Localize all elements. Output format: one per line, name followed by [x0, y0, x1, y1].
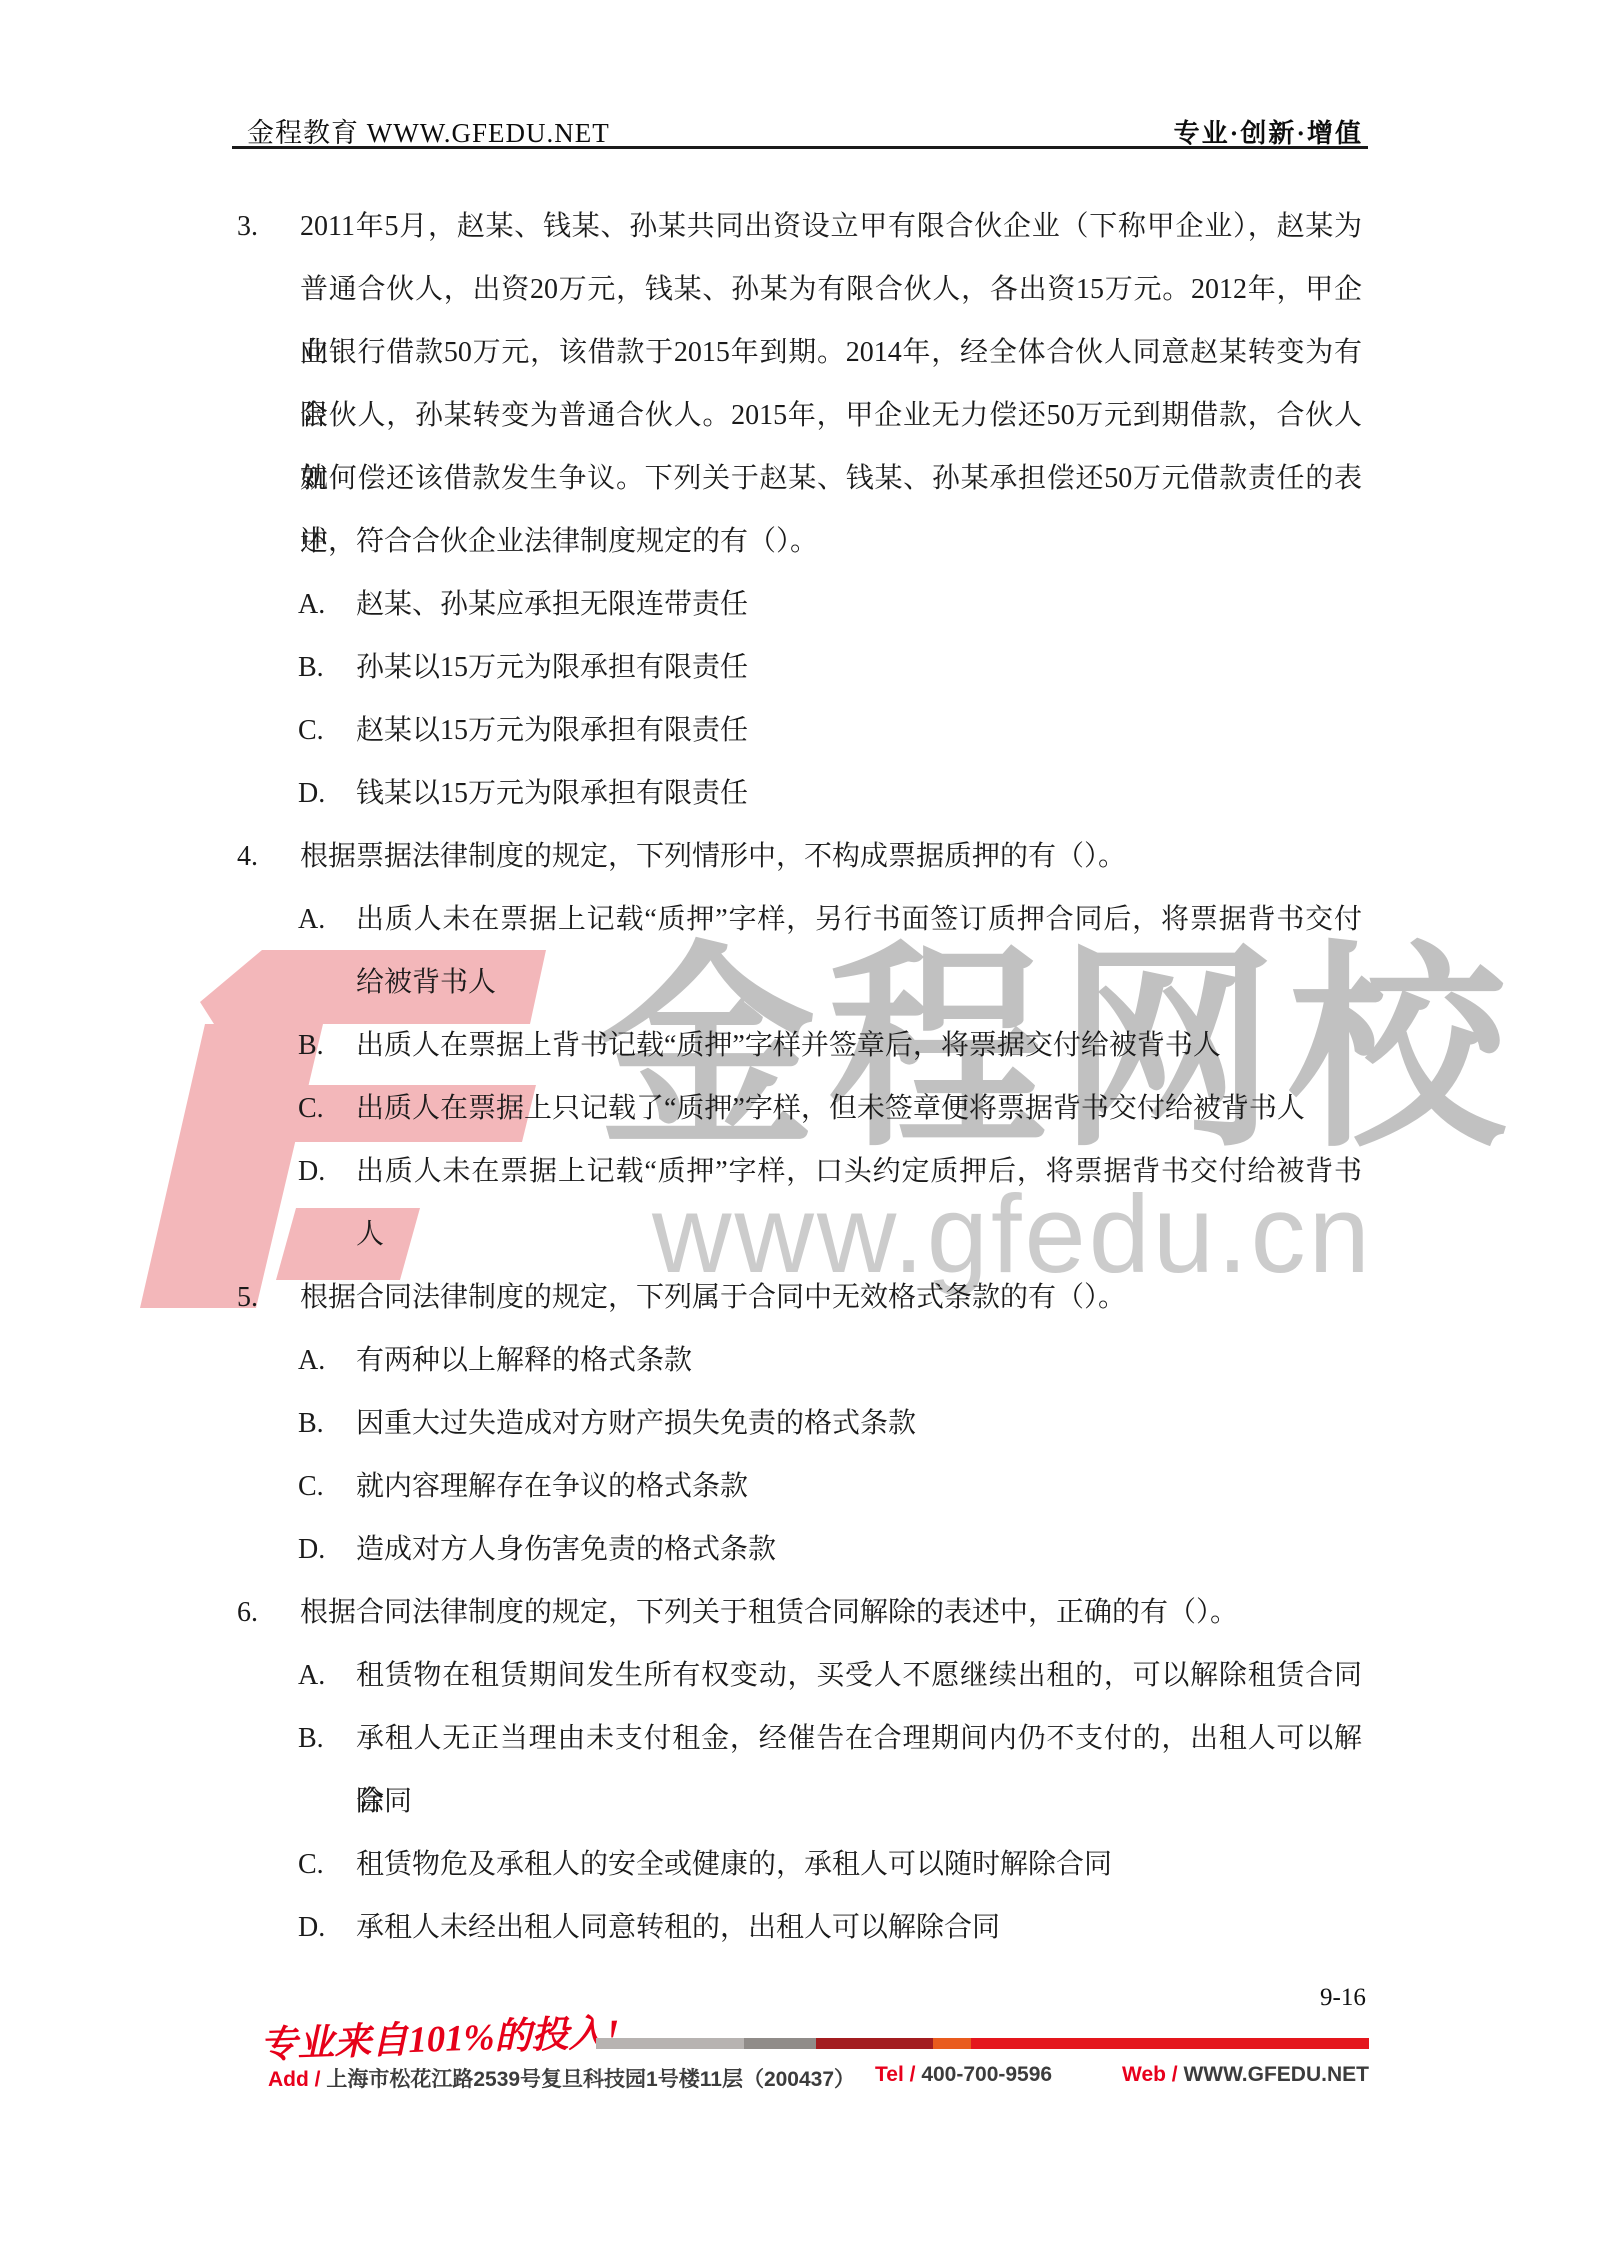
header-rule [232, 146, 1368, 149]
option-letter: A. [298, 1644, 325, 1707]
question-number: 3. [237, 195, 258, 258]
footer-bar-segment [933, 2038, 971, 2049]
tel-label: Tel [875, 2063, 904, 2086]
footer-address: Add / 上海市松花江路2539号复旦科技园1号楼11层（200437） [268, 2063, 855, 2093]
line-text: 孙某以15万元为限承担有限责任 [356, 636, 1362, 699]
option-line: B.承租人无正当理由未支付租金，经催告在合理期间内仍不支付的，出租人可以解除 [0, 1707, 1600, 1770]
option-line: D.钱某以15万元为限承担有限责任 [0, 762, 1600, 825]
footer-slogan: 专业来自101%的投入! [259, 2002, 620, 2069]
option-letter: C. [298, 1833, 324, 1896]
footer-bar-segment [971, 2038, 1369, 2049]
address-label: Add [268, 2068, 309, 2091]
option-letter: C. [298, 1455, 324, 1518]
continuation-line: 合伙人，孙某转变为普通合伙人。2015年，甲企业无力偿还50万元到期借款，合伙人… [0, 384, 1600, 447]
option-line: B.出质人在票据上背书记载“质押”字样并签章后，将票据交付给被背书人 [0, 1014, 1600, 1077]
line-text: 出质人在票据上只记载了“质押”字样，但未签章便将票据背书交付给被背书人 [356, 1077, 1362, 1140]
tel-separator: / [904, 2063, 922, 2086]
line-text: 赵某以15万元为限承担有限责任 [356, 699, 1362, 762]
option-line: D.造成对方人身伤害免责的格式条款 [0, 1518, 1600, 1581]
option-letter: C. [298, 699, 324, 762]
line-text: 根据票据法律制度的规定，下列情形中，不构成票据质押的有（）。 [300, 825, 1362, 888]
line-text: 人 [356, 1203, 1362, 1266]
line-text: 中，符合合伙企业法律制度规定的有（）。 [300, 510, 1362, 573]
option-letter: B. [298, 1014, 324, 1077]
option-line: B.孙某以15万元为限承担有限责任 [0, 636, 1600, 699]
line-text: 钱某以15万元为限承担有限责任 [356, 762, 1362, 825]
continuation-line: 向银行借款50万元，该借款于2015年到期。2014年，经全体合伙人同意赵某转变… [0, 321, 1600, 384]
header-tagline: 专业·创新·增值 [1174, 113, 1363, 150]
line-text: 根据合同法律制度的规定，下列属于合同中无效格式条款的有（）。 [300, 1266, 1362, 1329]
option-letter: B. [298, 1707, 324, 1770]
footer-bar-segment [596, 2038, 744, 2049]
option-line: A.出质人未在票据上记载“质押”字样，另行书面签订质押合同后，将票据背书交付 [0, 888, 1600, 951]
footer-tel: Tel / 400-700-9596 [875, 2063, 1052, 2087]
tel-value: 400-700-9596 [921, 2063, 1052, 2086]
line-text: 赵某、孙某应承担无限连带责任 [356, 573, 1362, 636]
address-value: 上海市松花江路2539号复旦科技园1号楼11层（200437） [326, 2068, 855, 2091]
line-text: 出质人未在票据上记载“质押”字样，另行书面签订质押合同后，将票据背书交付 [356, 888, 1362, 951]
option-letter: D. [298, 1518, 325, 1581]
question-number: 5. [237, 1266, 258, 1329]
continuation-line: 如何偿还该借款发生争议。下列关于赵某、钱某、孙某承担偿还50万元借款责任的表述 [0, 447, 1600, 510]
question-line: 6.根据合同法律制度的规定，下列关于租赁合同解除的表述中，正确的有（）。 [0, 1581, 1600, 1644]
footer-bar-segment [816, 2038, 933, 2049]
continuation-line: 中，符合合伙企业法律制度规定的有（）。 [0, 510, 1600, 573]
option-letter: B. [298, 1392, 324, 1455]
question-line: 5.根据合同法律制度的规定，下列属于合同中无效格式条款的有（）。 [0, 1266, 1600, 1329]
line-text: 因重大过失造成对方财产损失免责的格式条款 [356, 1392, 1362, 1455]
footer-web: Web / WWW.GFEDU.NET [1122, 2063, 1369, 2087]
question-number: 6. [237, 1581, 258, 1644]
option-line: B.因重大过失造成对方财产损失免责的格式条款 [0, 1392, 1600, 1455]
header-brand-text: 金程教育 WWW.GFEDU.NET [247, 111, 610, 150]
option-line: A.赵某、孙某应承担无限连带责任 [0, 573, 1600, 636]
line-text: 承租人未经出租人同意转租的，出租人可以解除合同 [356, 1896, 1362, 1959]
question-line: 3.2011年5月，赵某、钱某、孙某共同出资设立甲有限合伙企业（下称甲企业），赵… [0, 195, 1600, 258]
line-text: 租赁物危及承租人的安全或健康的，承租人可以随时解除合同 [356, 1833, 1362, 1896]
web-value: WWW.GFEDU.NET [1183, 2063, 1368, 2086]
document-page: 金程网校 www.gfedu.cn 金程教育 WWW.GFEDU.NET 专业·… [0, 0, 1600, 2263]
line-text: 根据合同法律制度的规定，下列关于租赁合同解除的表述中，正确的有（）。 [300, 1581, 1362, 1644]
option-line: A.租赁物在租赁期间发生所有权变动，买受人不愿继续出租的，可以解除租赁合同 [0, 1644, 1600, 1707]
continuation-line: 合同 [0, 1770, 1600, 1833]
line-text: 2011年5月，赵某、钱某、孙某共同出资设立甲有限合伙企业（下称甲企业），赵某为 [300, 195, 1362, 258]
option-line: C.租赁物危及承租人的安全或健康的，承租人可以随时解除合同 [0, 1833, 1600, 1896]
footer-contact-line: Add / 上海市松花江路2539号复旦科技园1号楼11层（200437） Te… [0, 2063, 1600, 2093]
line-text: 出质人未在票据上记载“质押”字样，口头约定质押后，将票据背书交付给被背书 [356, 1140, 1362, 1203]
web-separator: / [1166, 2063, 1184, 2086]
continuation-line: 人 [0, 1203, 1600, 1266]
option-line: D.承租人未经出租人同意转租的，出租人可以解除合同 [0, 1896, 1600, 1959]
continuation-line: 给被背书人 [0, 951, 1600, 1014]
option-line: C.出质人在票据上只记载了“质押”字样，但未签章便将票据背书交付给被背书人 [0, 1077, 1600, 1140]
option-letter: D. [298, 1896, 325, 1959]
question-number: 4. [237, 825, 258, 888]
line-text: 造成对方人身伤害免责的格式条款 [356, 1518, 1362, 1581]
option-letter: A. [298, 1329, 325, 1392]
option-line: A.有两种以上解释的格式条款 [0, 1329, 1600, 1392]
option-line: C.就内容理解存在争议的格式条款 [0, 1455, 1600, 1518]
option-letter: A. [298, 573, 325, 636]
option-letter: B. [298, 636, 324, 699]
footer-bar-segment [744, 2038, 816, 2049]
option-letter: A. [298, 888, 325, 951]
continuation-line: 普通合伙人，出资20万元，钱某、孙某为有限合伙人，各出资15万元。2012年，甲… [0, 258, 1600, 321]
option-letter: C. [298, 1077, 324, 1140]
line-text: 出质人在票据上背书记载“质押”字样并签章后，将票据交付给被背书人 [356, 1014, 1362, 1077]
option-line: C.赵某以15万元为限承担有限责任 [0, 699, 1600, 762]
option-letter: D. [298, 1140, 325, 1203]
line-text: 租赁物在租赁期间发生所有权变动，买受人不愿继续出租的，可以解除租赁合同 [356, 1644, 1362, 1707]
line-text: 有两种以上解释的格式条款 [356, 1329, 1362, 1392]
line-text: 给被背书人 [356, 951, 1362, 1014]
line-text: 合同 [356, 1770, 1362, 1833]
line-text: 就内容理解存在争议的格式条款 [356, 1455, 1362, 1518]
question-line: 4.根据票据法律制度的规定，下列情形中，不构成票据质押的有（）。 [0, 825, 1600, 888]
option-letter: D. [298, 762, 325, 825]
address-separator: / [309, 2068, 327, 2091]
option-line: D.出质人未在票据上记载“质押”字样，口头约定质押后，将票据背书交付给被背书 [0, 1140, 1600, 1203]
web-label: Web [1122, 2063, 1166, 2086]
page-number: 9-16 [1320, 1984, 1366, 2012]
